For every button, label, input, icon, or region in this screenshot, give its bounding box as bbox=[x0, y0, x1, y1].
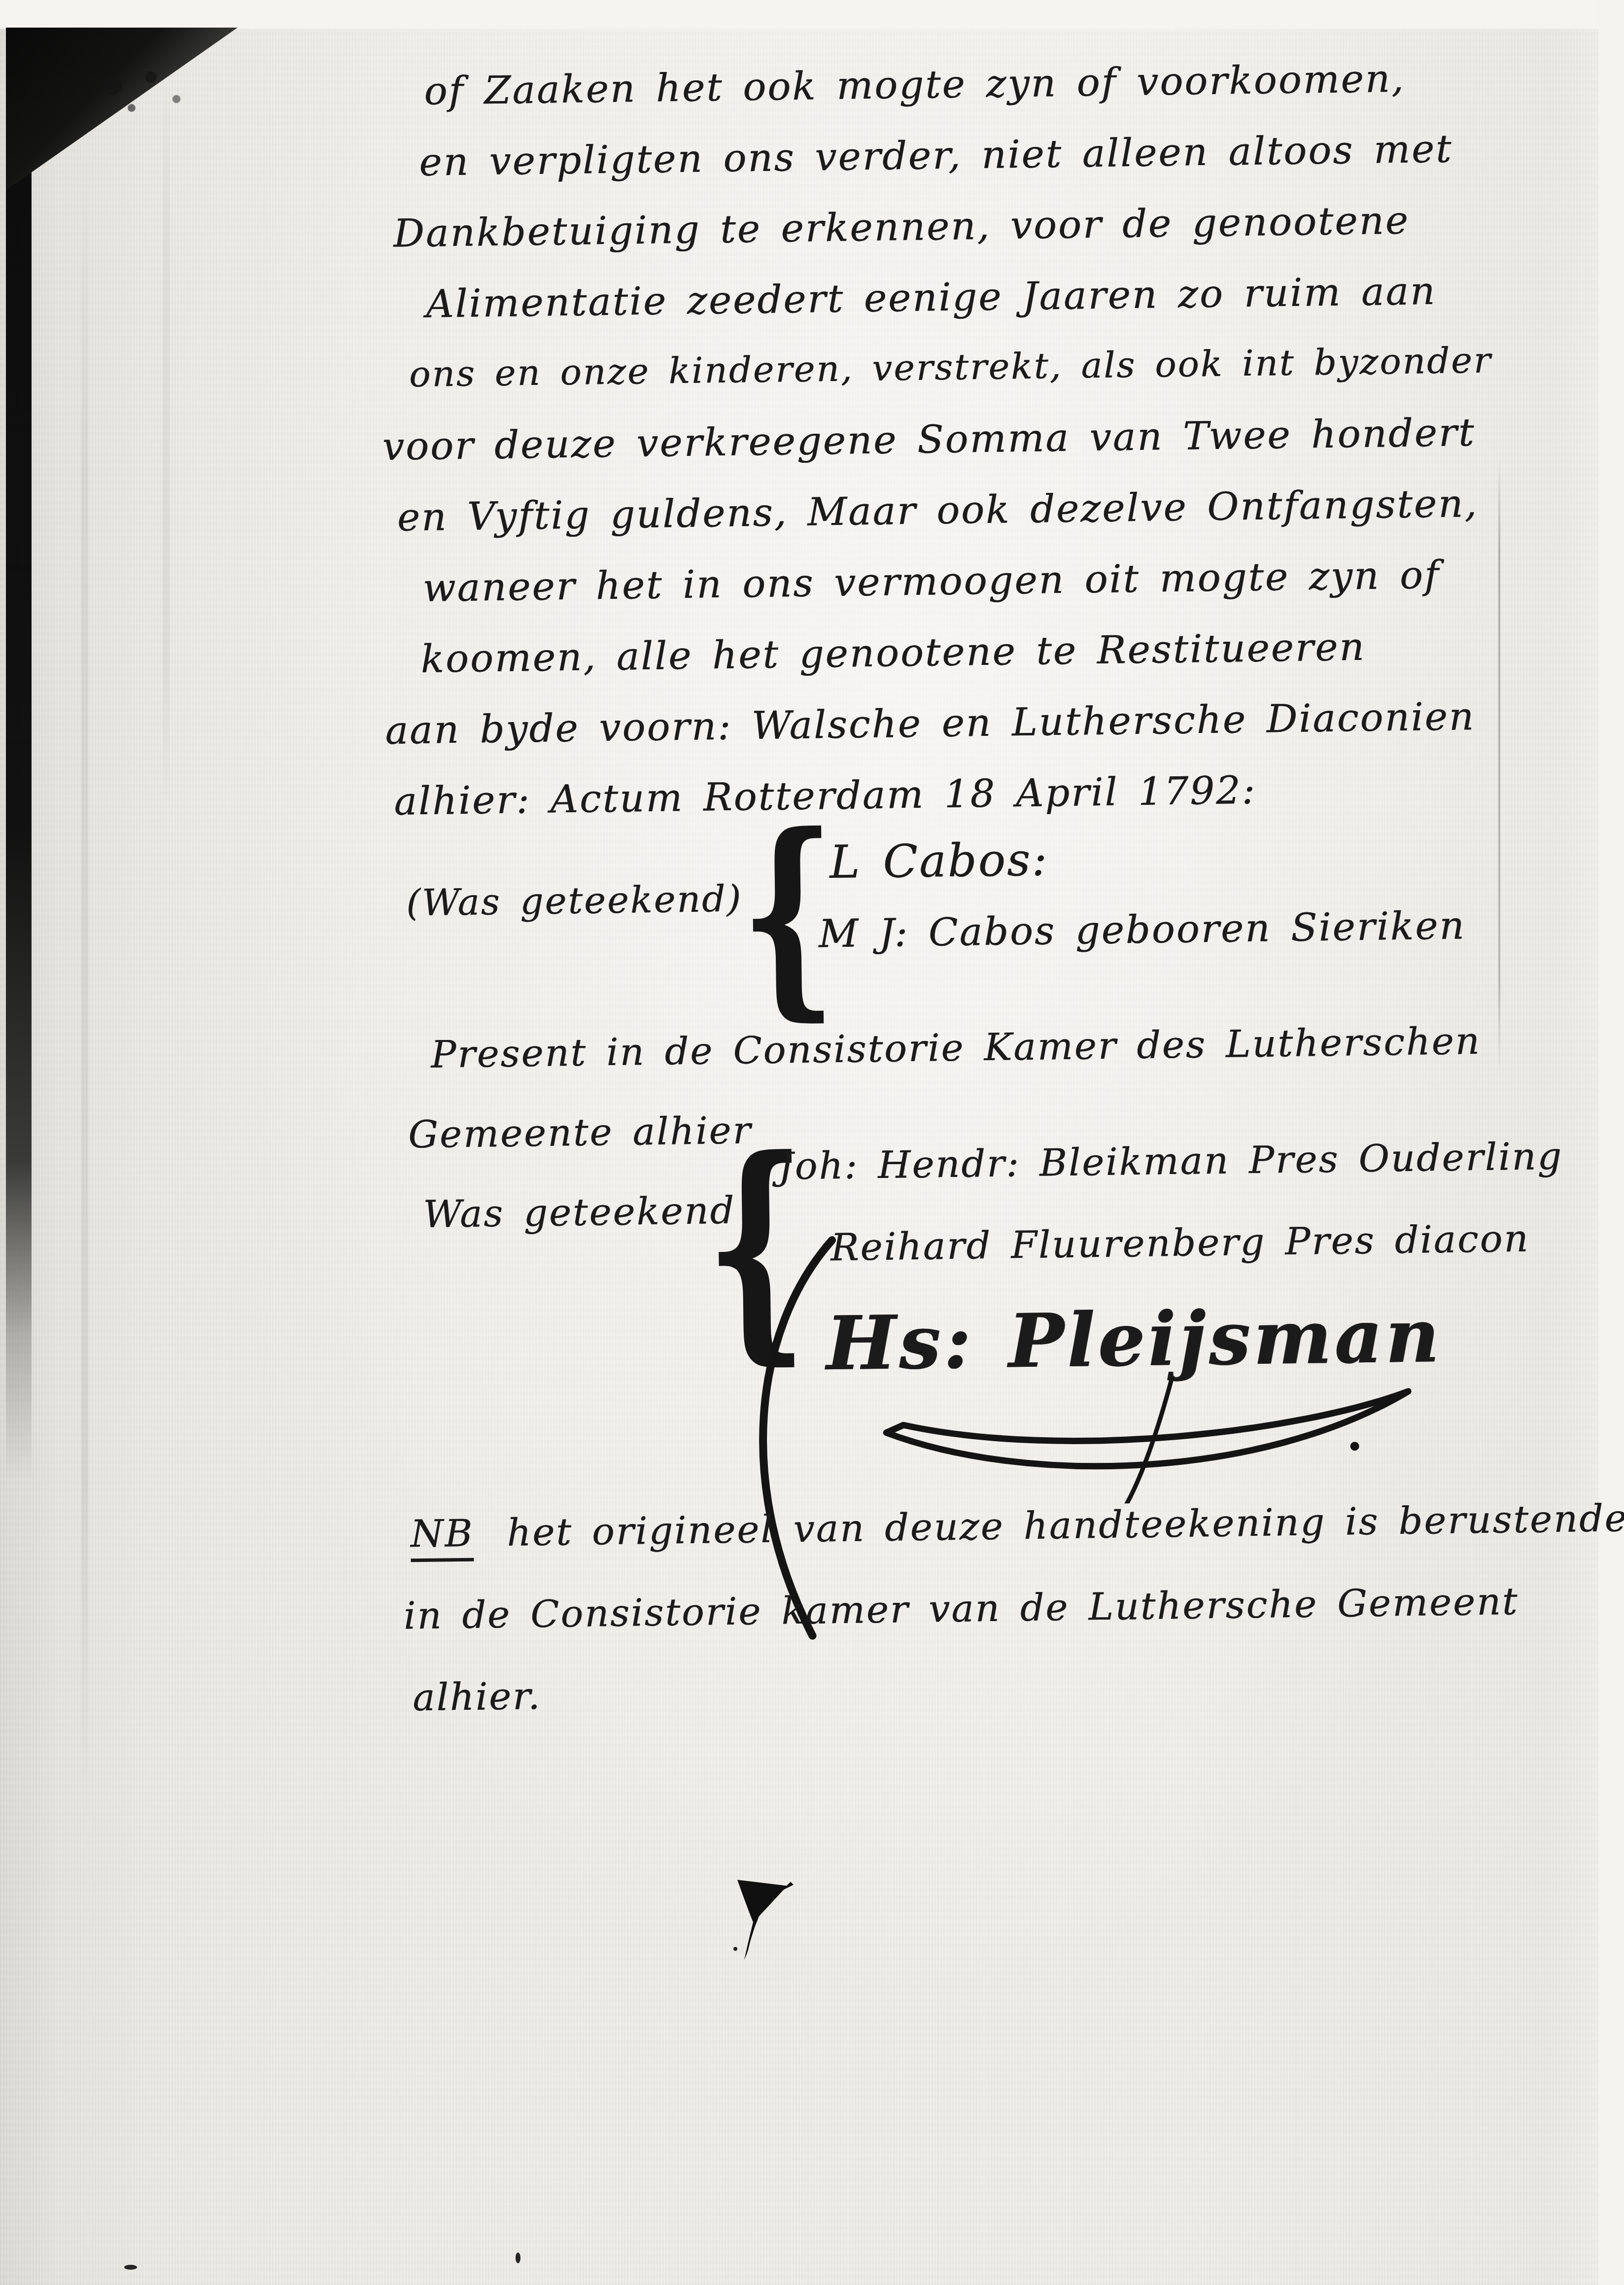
manuscript-line: voor deuze verkreegene Somma van Twee ho… bbox=[382, 411, 1476, 469]
signature-underline-flourish bbox=[856, 1371, 1449, 1507]
paper-fold-line bbox=[163, 74, 170, 813]
present-line-2: Gemeente alhier bbox=[408, 1108, 753, 1156]
witness-line-2: Reihard Fluurenberg Pres diacon bbox=[830, 1216, 1530, 1270]
manuscript-line: Dankbetuiging te erkennen, voor de genoo… bbox=[393, 199, 1410, 256]
scan-right-edge-line bbox=[1498, 458, 1500, 1074]
present-line-1: Present in de Consistorie Kamer des Luth… bbox=[430, 1019, 1481, 1076]
scan-top-margin bbox=[0, 0, 1624, 29]
was-geteekend-label-2: Was geteekend bbox=[423, 1188, 736, 1236]
note-line-3: alhier. bbox=[413, 1674, 542, 1719]
note-line-1-text: het origineel van deuze handteekening is… bbox=[507, 1496, 1624, 1555]
signature-l-cabos: L Cabos: bbox=[829, 833, 1048, 889]
note-line-2: in de Consistorie kamer van de Luthersch… bbox=[403, 1579, 1519, 1638]
manuscript-line: Alimentatie zeedert eenige Jaaren zo rui… bbox=[426, 269, 1437, 327]
manuscript-page: of Zaaken het ook mogte zyn of voorkoome… bbox=[0, 0, 1624, 2285]
manuscript-line: koomen, alle het genootene te Restitueer… bbox=[420, 625, 1366, 682]
manuscript-line: en verpligten ons verder, niet alleen al… bbox=[419, 127, 1453, 184]
witness-line-1: Joh: Hendr: Bleikman Pres Ouderling bbox=[778, 1134, 1563, 1188]
nb-prefix: NB bbox=[410, 1511, 474, 1562]
note-line-1: NB het origineel van deuze handteekening… bbox=[410, 1496, 1624, 1556]
scan-right-margin bbox=[1598, 0, 1624, 2285]
manuscript-line: waneer het in ons vermoogen oit mogte zy… bbox=[422, 553, 1440, 611]
ink-blot bbox=[728, 1868, 802, 1967]
signature-mj-cabos: M J: Cabos gebooren Sieriken bbox=[818, 903, 1466, 956]
manuscript-line: ons en onze kinderen, verstrekt, als ook… bbox=[409, 339, 1492, 395]
scan-corner-specks bbox=[74, 59, 202, 148]
manuscript-line: of Zaaken het ook mogte zyn of voorkoome… bbox=[424, 57, 1405, 114]
was-geteekend-label: (Was geteekend) bbox=[406, 877, 742, 924]
manuscript-line: aan byde voorn: Walsche en Luthersche Di… bbox=[385, 694, 1476, 753]
scan-speck bbox=[516, 2252, 520, 2263]
scan-left-edge-shadow bbox=[6, 28, 32, 1482]
scan-speck bbox=[124, 2265, 137, 2270]
paper-fold-line bbox=[81, 148, 88, 1824]
manuscript-line: en Vyftig guldens, Maar ook dezelve Ontf… bbox=[397, 482, 1478, 540]
